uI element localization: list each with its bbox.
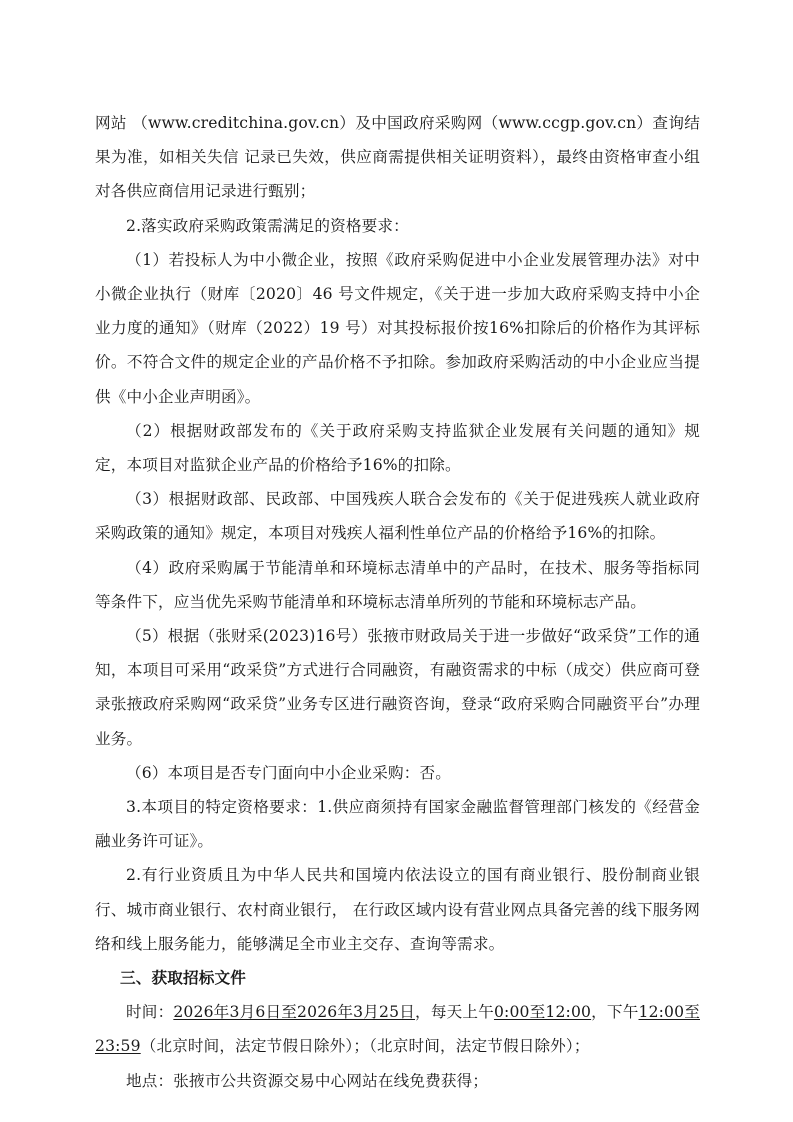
paragraph-disability-welfare: （3）根据财政部、民政部、中国残疾人联合会发布的《关于促进残疾人就业政府采购政策… [95,482,700,550]
paragraph-sme-only: （6）本项目是否专门面向中小企业采购：否。 [95,756,700,790]
time-label: 时间： [126,1003,173,1021]
document-page: 网站 （www.creditchina.gov.cn）及中国政府采购网（www.… [95,106,700,1098]
paragraph-bank-qualification: 2.有行业资质且为中华人民共和国境内依法设立的国有商业银行、股份制商业银行、城市… [95,858,700,961]
date-range: 2026年3月6日至2026年3月25日 [173,1003,415,1021]
section-heading: 三、获取招标文件 [95,961,700,995]
paragraph-sme-policy: （1）若投标人为中小微企业，按照《政府采购促进中小企业发展管理办法》对中小微企业… [95,243,700,414]
paragraph-energy-saving: （4）政府采购属于节能清单和环境标志清单中的产品时，在技术、服务等指标同等条件下… [95,551,700,619]
time-note: （北京时间，法定节假日除外）；（北京时间，法定节假日除外）； [141,1037,590,1055]
paragraph-location: 地点：张掖市公共资源交易中心网站在线免费获得； [95,1064,700,1098]
paragraph-policy-requirements: 2.落实政府采购政策需满足的资格要求： [95,209,700,243]
morning-hours: 0:00至12:00 [494,1003,591,1021]
time-sep-afternoon: ，下午 [591,1003,638,1021]
paragraph-time: 时间：2026年3月6日至2026年3月25日，每天上午0:00至12:00，下… [95,995,700,1063]
paragraph-specific-qualification: 3.本项目的特定资格要求：1.供应商须持有国家金融监督管理部门核发的《经营金融业… [95,790,700,858]
time-sep-morning: ，每天上午 [415,1003,494,1021]
paragraph-credit-check: 网站 （www.creditchina.gov.cn）及中国政府采购网（www.… [95,106,700,209]
paragraph-prison-enterprise: （2）根据财政部发布的《关于政府采购支持监狱企业发展有关问题的通知》规定，本项目… [95,414,700,482]
paragraph-procurement-loan: （5）根据（张财采(2023)16号）张掖市财政局关于进一步做好“政采贷”工作的… [95,619,700,756]
